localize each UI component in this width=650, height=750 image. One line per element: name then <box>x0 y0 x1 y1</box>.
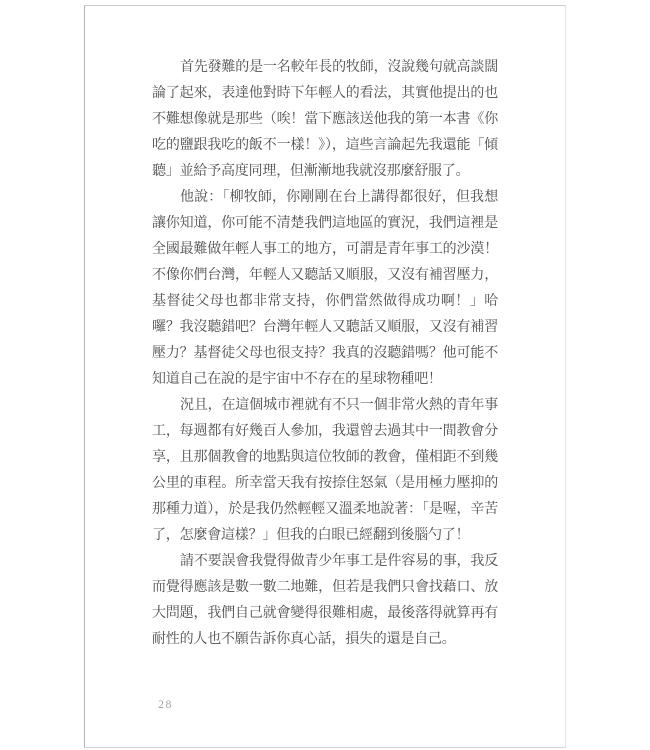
paragraph-1: 首先發難的是一名較年長的牧師，沒說幾句就高談闊論了起來，表達他對時下年輕人的看法… <box>152 55 498 185</box>
paragraph-4: 請不要誤會我覺得做青少年事工是件容易的事，我反而覺得應該是數一數二地難，但若是我… <box>152 549 498 653</box>
page-number: 28 <box>158 697 173 712</box>
paragraph-3: 況且，在這個城市裡就有不只一個非常火熱的青年事工，每週都有好幾百人參加，我還曾去… <box>152 393 498 549</box>
body-text: 首先發難的是一名較年長的牧師，沒說幾句就高談闊論了起來，表達他對時下年輕人的看法… <box>152 55 498 653</box>
paragraph-2: 他說：「柳牧師，你剛剛在台上講得都很好，但我想讓你知道，你可能不清楚我們這地區的… <box>152 185 498 393</box>
book-page-scan: 首先發難的是一名較年長的牧師，沒說幾句就高談闊論了起來，表達他對時下年輕人的看法… <box>0 0 650 750</box>
